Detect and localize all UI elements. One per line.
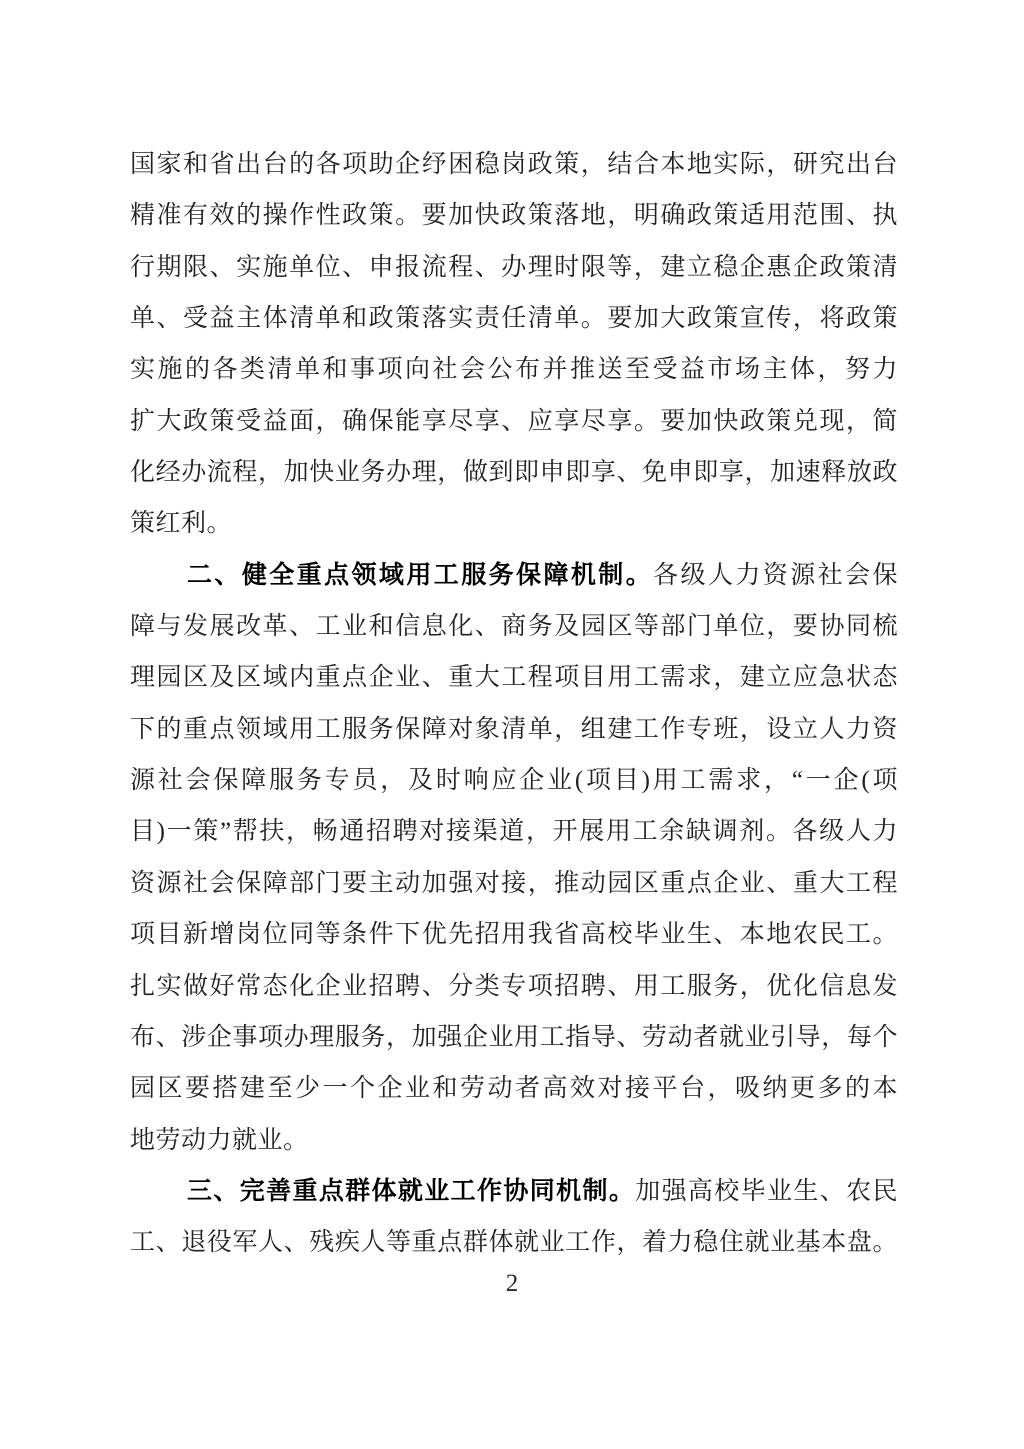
document-page: 国家和省出台的各项助企纾困稳岗政策，结合本地实际，研究出台精准有效的操作性政策。… (0, 0, 1024, 1449)
line-text: 资源社会保障部门要主动加强对接，推动园区重点企业、重大工程 (130, 870, 898, 897)
line-text: 工、退役军人、残疾人等重点群体就业工作，着力稳住就业基本盘。 (130, 1229, 898, 1256)
text-line: 布、涉企事项办理服务，加强企业用工指导、劳动者就业引导，每个 (130, 1012, 898, 1063)
line-text: 化经办流程，加快业务办理，做到即申即享、免申即享，加速释放政 (130, 459, 898, 486)
line-text: 源社会保障服务专员，及时响应企业(项目)用工需求，“一企(项 (130, 767, 898, 794)
line-text: 单、受益主体清单和政策落实责任清单。要加大政策宣传，将政策 (130, 305, 898, 332)
text-line: 地劳动力就业。 (130, 1115, 898, 1166)
line-text: 加强高校毕业生、农民 (635, 1178, 898, 1205)
line-text: 行期限、实施单位、申报流程、办理时限等，建立稳企惠企政策清 (130, 254, 898, 281)
text-line: 工、退役军人、残疾人等重点群体就业工作，着力稳住就业基本盘。 (130, 1217, 898, 1268)
page-number: 2 (0, 1264, 1024, 1304)
line-text: 园区要搭建至少一个企业和劳动者高效对接平台，吸纳更多的本 (130, 1075, 898, 1102)
line-text: 各级人力资源社会保 (653, 562, 898, 589)
text-line: 目)一策”帮扶，畅通招聘对接渠道，开展用工余缺调剂。各级人力 (130, 806, 898, 857)
text-line: 三、完善重点群体就业工作协同机制。加强高校毕业生、农民 (130, 1166, 898, 1217)
text-line: 扩大政策受益面，确保能享尽享、应享尽享。要加快政策兑现，简 (130, 396, 898, 447)
line-text: 理园区及区域内重点企业、重大工程项目用工需求，建立应急状态 (130, 664, 898, 691)
text-line: 国家和省出台的各项助企纾困稳岗政策，结合本地实际，研究出台 (130, 139, 898, 190)
text-line: 二、健全重点领域用工服务保障机制。各级人力资源社会保 (130, 550, 898, 601)
section-heading: 二、健全重点领域用工服务保障机制。 (187, 561, 653, 589)
text-line: 策红利。 (130, 498, 898, 549)
text-line: 单、受益主体清单和政策落实责任清单。要加大政策宣传，将政策 (130, 293, 898, 344)
text-line: 资源社会保障部门要主动加强对接，推动园区重点企业、重大工程 (130, 858, 898, 909)
text-line: 源社会保障服务专员，及时响应企业(项目)用工需求，“一企(项 (130, 755, 898, 806)
text-line: 化经办流程，加快业务办理，做到即申即享、免申即享，加速释放政 (130, 447, 898, 498)
line-text: 扩大政策受益面，确保能享尽享、应享尽享。要加快政策兑现，简 (130, 408, 898, 435)
line-text: 扎实做好常态化企业招聘、分类专项招聘、用工服务，优化信息发 (130, 973, 898, 1000)
text-line: 下的重点领域用工服务保障对象清单，组建工作专班，设立人力资 (130, 704, 898, 755)
text-line: 扎实做好常态化企业招聘、分类专项招聘、用工服务，优化信息发 (130, 961, 898, 1012)
text-line: 实施的各类清单和事项向社会公布并推送至受益市场主体，努力 (130, 344, 898, 395)
line-text: 国家和省出台的各项助企纾困稳岗政策，结合本地实际，研究出台 (130, 151, 898, 178)
document-body: 国家和省出台的各项助企纾困稳岗政策，结合本地实际，研究出台精准有效的操作性政策。… (130, 139, 898, 1269)
line-text: 精准有效的操作性政策。要加快政策落地，明确政策适用范围、执 (130, 202, 898, 229)
line-text: 实施的各类清单和事项向社会公布并推送至受益市场主体，努力 (130, 356, 898, 383)
section-heading: 三、完善重点群体就业工作协同机制。 (187, 1177, 635, 1205)
line-text: 障与发展改革、工业和信息化、商务及园区等部门单位，要协同梳 (130, 613, 898, 640)
text-line: 行期限、实施单位、申报流程、办理时限等，建立稳企惠企政策清 (130, 242, 898, 293)
text-line: 园区要搭建至少一个企业和劳动者高效对接平台，吸纳更多的本 (130, 1063, 898, 1114)
text-line: 障与发展改革、工业和信息化、商务及园区等部门单位，要协同梳 (130, 601, 898, 652)
line-text: 策红利。 (130, 510, 232, 537)
text-line: 精准有效的操作性政策。要加快政策落地，明确政策适用范围、执 (130, 190, 898, 241)
text-line: 项目新增岗位同等条件下优先招用我省高校毕业生、本地农民工。 (130, 909, 898, 960)
line-text: 下的重点领域用工服务保障对象清单，组建工作专班，设立人力资 (130, 716, 898, 743)
text-line: 理园区及区域内重点企业、重大工程项目用工需求，建立应急状态 (130, 652, 898, 703)
line-text: 目)一策”帮扶，畅通招聘对接渠道，开展用工余缺调剂。各级人力 (130, 818, 898, 845)
line-text: 项目新增岗位同等条件下优先招用我省高校毕业生、本地农民工。 (130, 921, 898, 948)
line-text: 地劳动力就业。 (130, 1127, 309, 1154)
line-text: 布、涉企事项办理服务，加强企业用工指导、劳动者就业引导，每个 (130, 1024, 898, 1051)
